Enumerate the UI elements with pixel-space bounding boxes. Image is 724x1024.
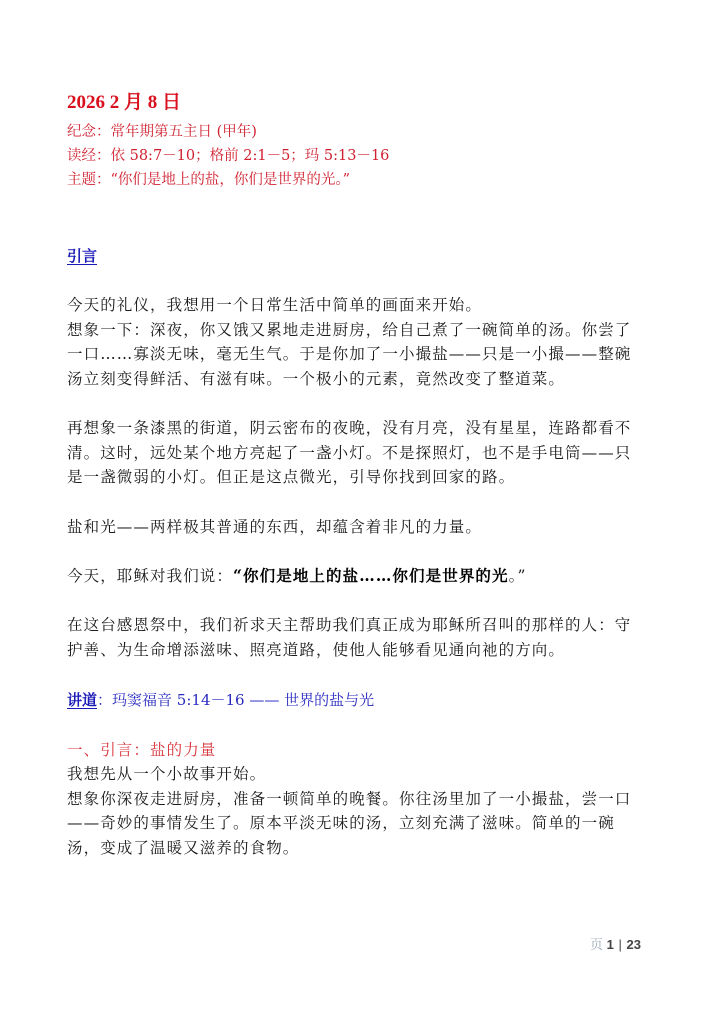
section-1-heading: 一、引言：盐的力量 — [67, 738, 216, 762]
quote-open-mark: “ — [233, 566, 243, 585]
section-1-body: 我想先从一个小故事开始。 想象你深夜走进厨房，准备一顿简单的晚餐。你往汤里加了一… — [67, 762, 647, 860]
section-1-line-1: 我想先从一个小故事开始。 — [67, 762, 647, 787]
jesus-quote: 你们是地上的盐……你们是世界的光 — [243, 566, 509, 585]
readings-label: 读经： — [67, 148, 111, 164]
page-separator: | — [619, 937, 622, 952]
page-total: 23 — [627, 937, 641, 952]
commemoration-value: 常年期第五主日 (甲年) — [111, 124, 257, 140]
sermon-date: 2026 2 月 8 日 — [67, 90, 181, 116]
sermon-colon: ： — [97, 691, 112, 709]
intro-paragraph-4: 今天，耶稣对我们说：“你们是地上的盐……你们是世界的光。” — [67, 564, 647, 589]
theme-value: “你们是地上的盐，你们是世界的光。” — [111, 172, 351, 188]
section-1-paragraph: 想象你深夜走进厨房，准备一顿简单的晚餐。你往汤里加了一小撮盐，尝一口——奇妙的事… — [67, 787, 647, 861]
quote-suffix: 。” — [509, 567, 527, 585]
intro-heading-link[interactable]: 引言 — [67, 244, 97, 268]
readings-value: 依 58:7－10；格前 2:1－5；玛 5:13－16 — [111, 148, 390, 164]
sermon-heading: 讲道：玛窦福音 5:14－16 —— 世界的盐与光 — [67, 688, 374, 712]
intro-paragraph-3: 盐和光——两样极其普通的东西，却蕴含着非凡的力量。 — [67, 515, 647, 540]
sermon-label-link[interactable]: 讲道 — [67, 691, 97, 709]
theme-line: 主题：“你们是地上的盐，你们是世界的光。” — [67, 169, 350, 191]
quote-prefix: 今天，耶稣对我们说： — [67, 567, 233, 585]
intro-paragraph-5: 在这台感恩祭中，我们祈求天主帮助我们真正成为耶稣所召叫的那样的人：守护善、为生命… — [67, 613, 647, 662]
intro-paragraph-2: 再想象一条漆黑的街道，阴云密布的夜晚，没有月亮，没有星星，连路都看不清。这时，远… — [67, 416, 647, 490]
commemoration-label: 纪念： — [67, 124, 111, 140]
intro-paragraph-1: 今天的礼仪，我想用一个日常生活中简单的画面来开始。 想象一下：深夜，你又饿又累地… — [67, 293, 647, 391]
intro-paragraph-1-body: 想象一下：深夜，你又饿又累地走进厨房，给自己煮了一碗简单的汤。你尝了一口……寡淡… — [67, 318, 647, 392]
page-word: 页 — [590, 937, 603, 952]
intro-paragraph-1-line-1: 今天的礼仪，我想用一个日常生活中简单的画面来开始。 — [67, 293, 647, 318]
page-current: 1 — [607, 937, 614, 952]
page-footer: 页 1 | 23 — [590, 934, 641, 953]
readings-line: 读经：依 58:7－10；格前 2:1－5；玛 5:13－16 — [67, 145, 389, 167]
commemoration-line: 纪念：常年期第五主日 (甲年) — [67, 121, 257, 143]
theme-label: 主题： — [67, 172, 111, 188]
sermon-title: 玛窦福音 5:14－16 —— 世界的盐与光 — [112, 691, 374, 709]
